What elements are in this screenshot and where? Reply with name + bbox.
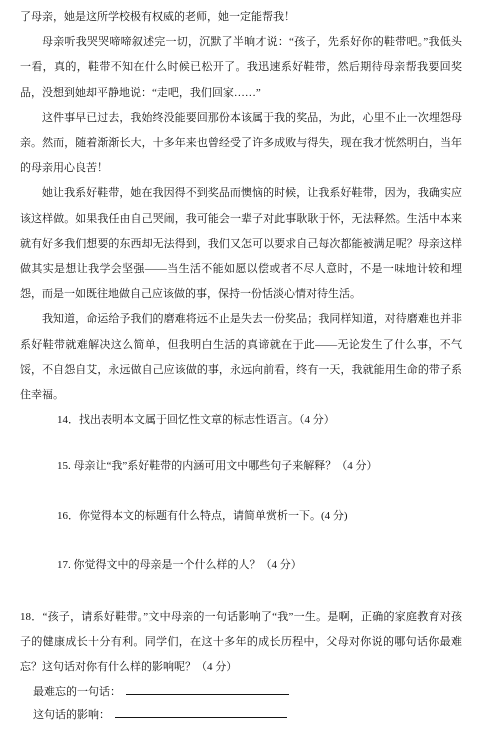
question-18: 18．“孩子，请系好鞋带。”文中母亲的一句话影响了“我”一生。是啊，正确的家庭教… (20, 605, 462, 681)
answer-label-most-memorable: 最难忘的一句话： (33, 686, 121, 698)
exam-page: 了母亲，她是这所学校极有权威的老师，她一定能帮我！ 母亲听我哭哭啼啼叙述完一切，… (0, 0, 480, 735)
question-16: 16．你觉得本文的标题有什么特点，请简单赏析一下。(4 分) (20, 504, 462, 529)
question-14: 14．找出表明本文属于回忆性文章的标志性语言。（4 分） (20, 408, 462, 433)
passage-paragraph: 这件事早已过去，我始终没能要回那份本该属于我的奖品，为此，心里不止一次埋怨母亲。… (20, 106, 462, 182)
answer-line-influence: 这句话的影响： (20, 704, 462, 728)
question-15: 15. 母亲让“我”系好鞋带的内涵可用文中哪些句子来解释？（4 分） (20, 454, 462, 479)
passage-paragraph: 母亲听我哭哭啼啼叙述完一切，沉默了半晌才说：“孩子，先系好你的鞋带吧。”我低头一… (20, 30, 462, 106)
question-17: 17. 你觉得文中的母亲是一个什么样的人？（4 分） (20, 553, 462, 578)
answer-blank-most-memorable (126, 683, 289, 695)
answer-line-most-memorable: 最难忘的一句话： (20, 681, 462, 705)
passage-paragraph: 她让我系好鞋带，她在我因得不到奖品而懊恼的时候，让我系好鞋带，因为，我确实应该这… (20, 181, 462, 307)
passage-paragraph: 我知道，命运给予我们的磨难将远不止是失去一份奖品；我同样知道，对待磨难也并非系好… (20, 307, 462, 408)
passage-paragraph-continuation: 了母亲，她是这所学校极有权威的老师，她一定能帮我！ (20, 5, 462, 30)
answer-label-influence: 这句话的影响： (33, 709, 110, 721)
answer-blank-influence (115, 706, 287, 718)
